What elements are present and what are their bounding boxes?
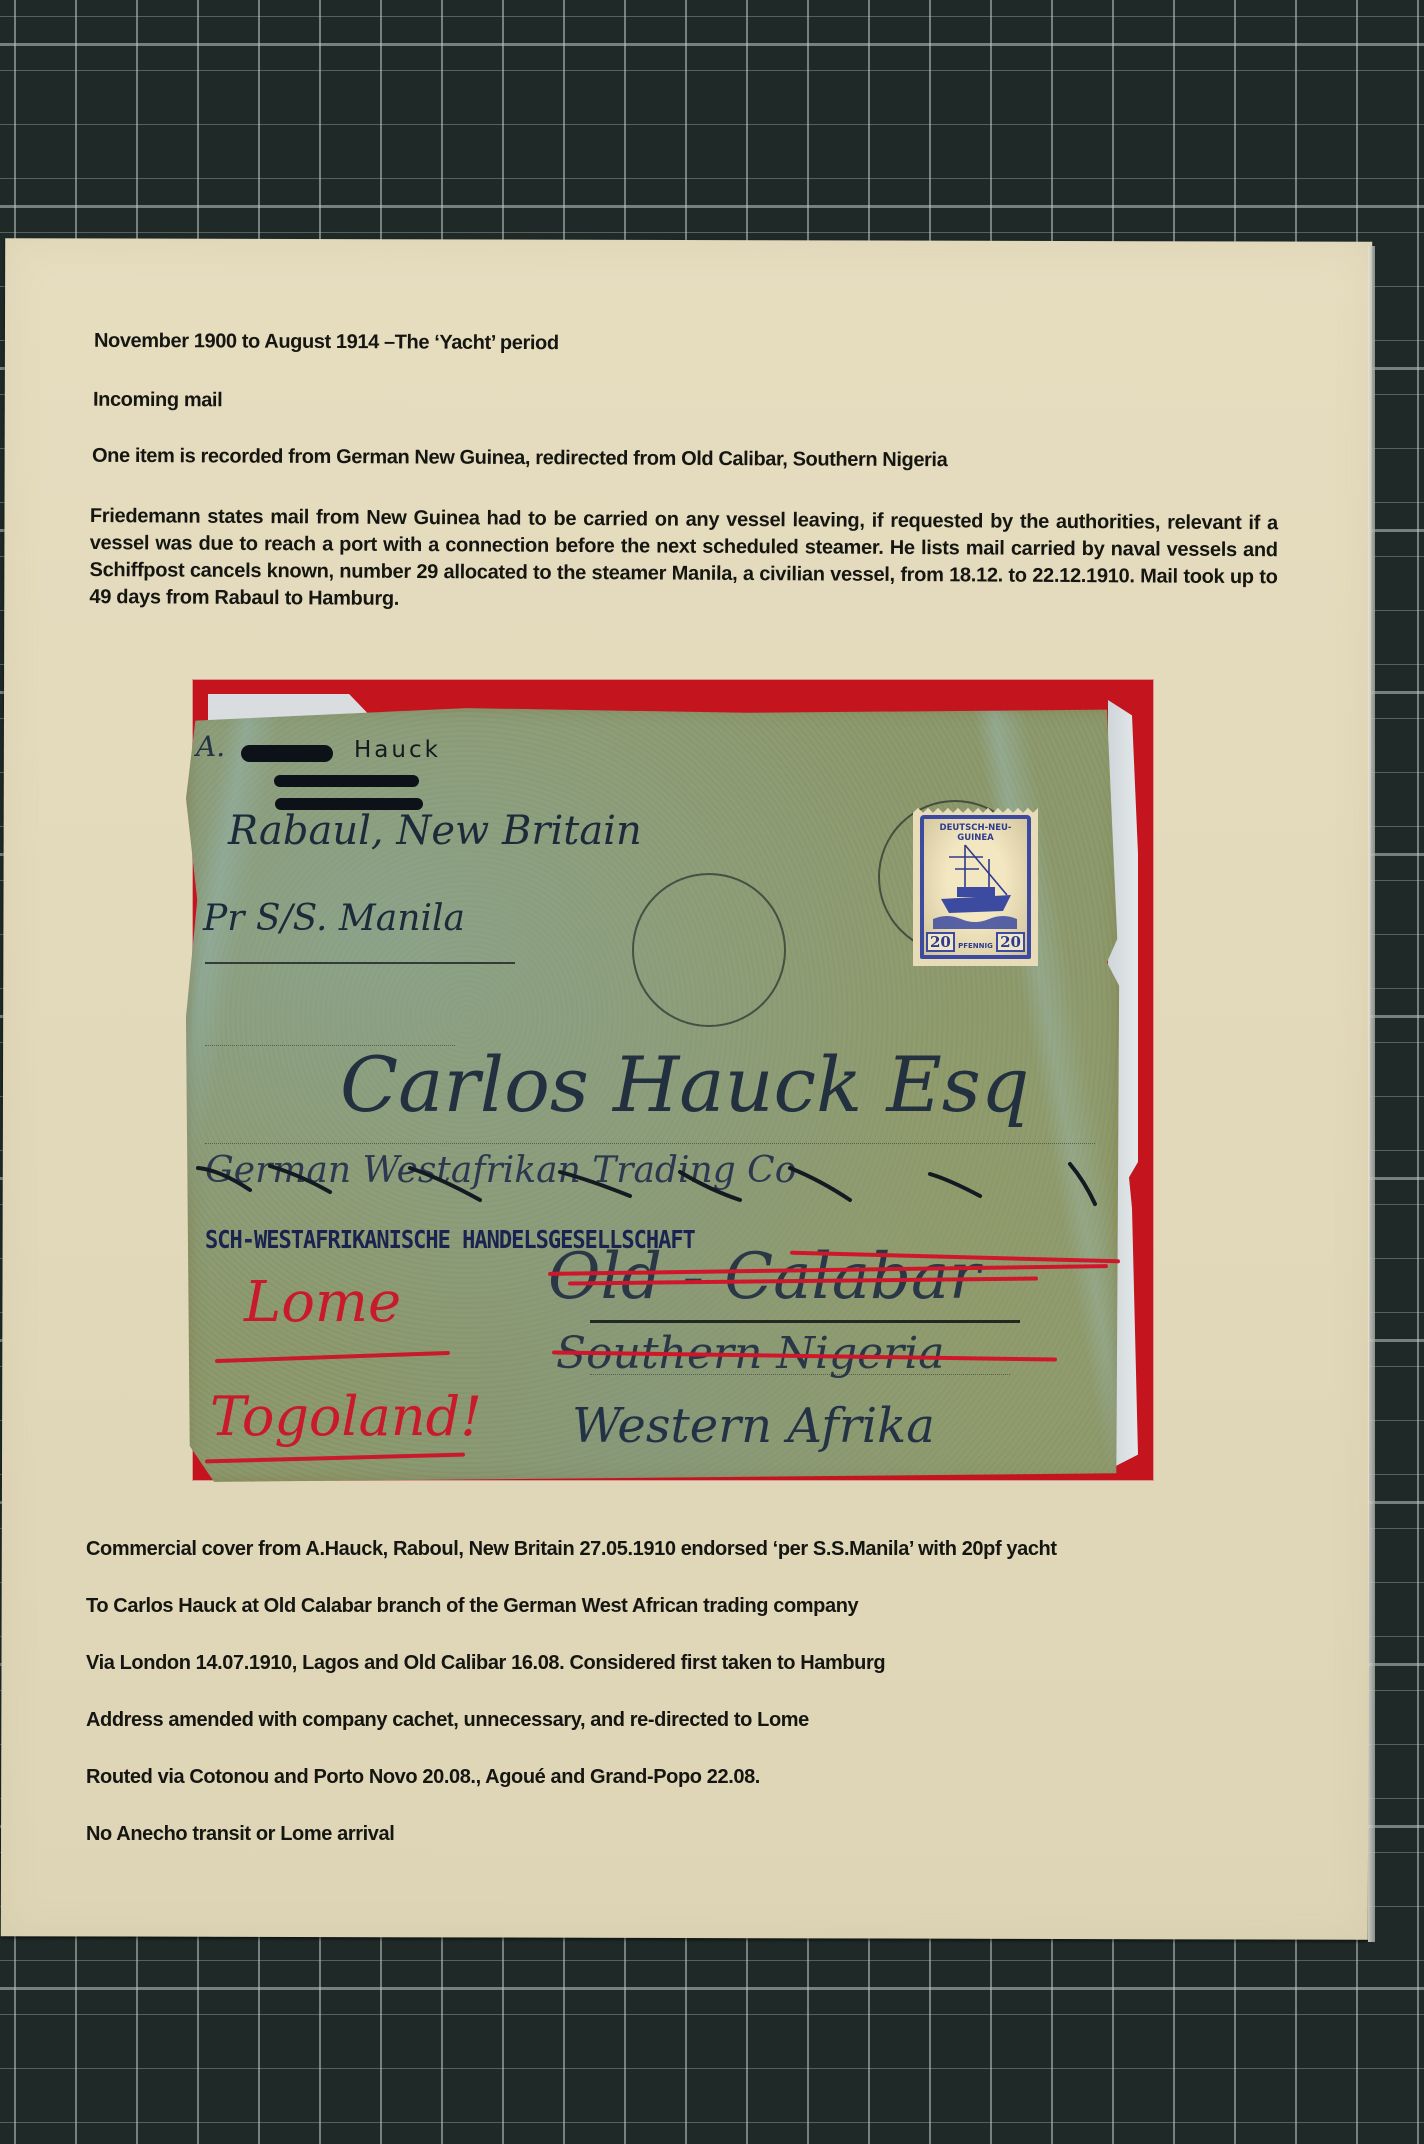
caption-line: Commercial cover from A.Hauck, Raboul, N… [86, 1538, 1057, 1561]
page-title: November 1900 to August 1914 –The ‘Yacht… [94, 330, 559, 355]
ruled-line [590, 1320, 1020, 1324]
ruled-line [205, 1143, 1095, 1145]
transit-postmark [632, 873, 786, 1027]
addressee-name: Carlos Hauck Esq [340, 1040, 1029, 1129]
caption-line: Via London 14.07.1910, Lagos and Old Cal… [86, 1652, 885, 1675]
strike-marks [190, 1150, 1130, 1210]
redaction-bar [274, 775, 419, 787]
region-line: Western Afrika [572, 1398, 935, 1454]
redirect-country: Togoland! [210, 1385, 482, 1448]
summary-line: One item is recorded from German New Gui… [92, 445, 947, 472]
yacht-icon [927, 837, 1024, 937]
stamp-denomination: PFENNIG [924, 942, 1027, 950]
ship-endorsement: Pr S/S. Manila [203, 898, 465, 939]
redaction-bar [241, 745, 333, 762]
caption-line: No Anecho transit or Lome arrival [86, 1823, 394, 1846]
page-subtitle: Incoming mail [93, 389, 222, 413]
page-edge [1368, 246, 1375, 1942]
description-paragraph: Friedemann states mail from New Guinea h… [89, 503, 1278, 618]
sender-initial: A. [196, 730, 225, 763]
caption-line: Routed via Cotonou and Porto Novo 20.08.… [86, 1766, 760, 1789]
caption-line: Address amended with company cachet, unn… [86, 1709, 809, 1732]
yacht-stamp: DEUTSCH-NEU-GUINEA 20 20 PFENNIG [913, 808, 1038, 966]
sender-printed-name: Hauck [354, 737, 441, 763]
redirect-city: Lome [244, 1270, 401, 1335]
ruled-line [205, 962, 515, 965]
caption-line: To Carlos Hauck at Old Calabar branch of… [86, 1595, 858, 1618]
sender-place: Rabaul, New Britain [228, 808, 642, 854]
stamp-frame: DEUTSCH-NEU-GUINEA 20 20 PFENNIG [920, 815, 1031, 959]
